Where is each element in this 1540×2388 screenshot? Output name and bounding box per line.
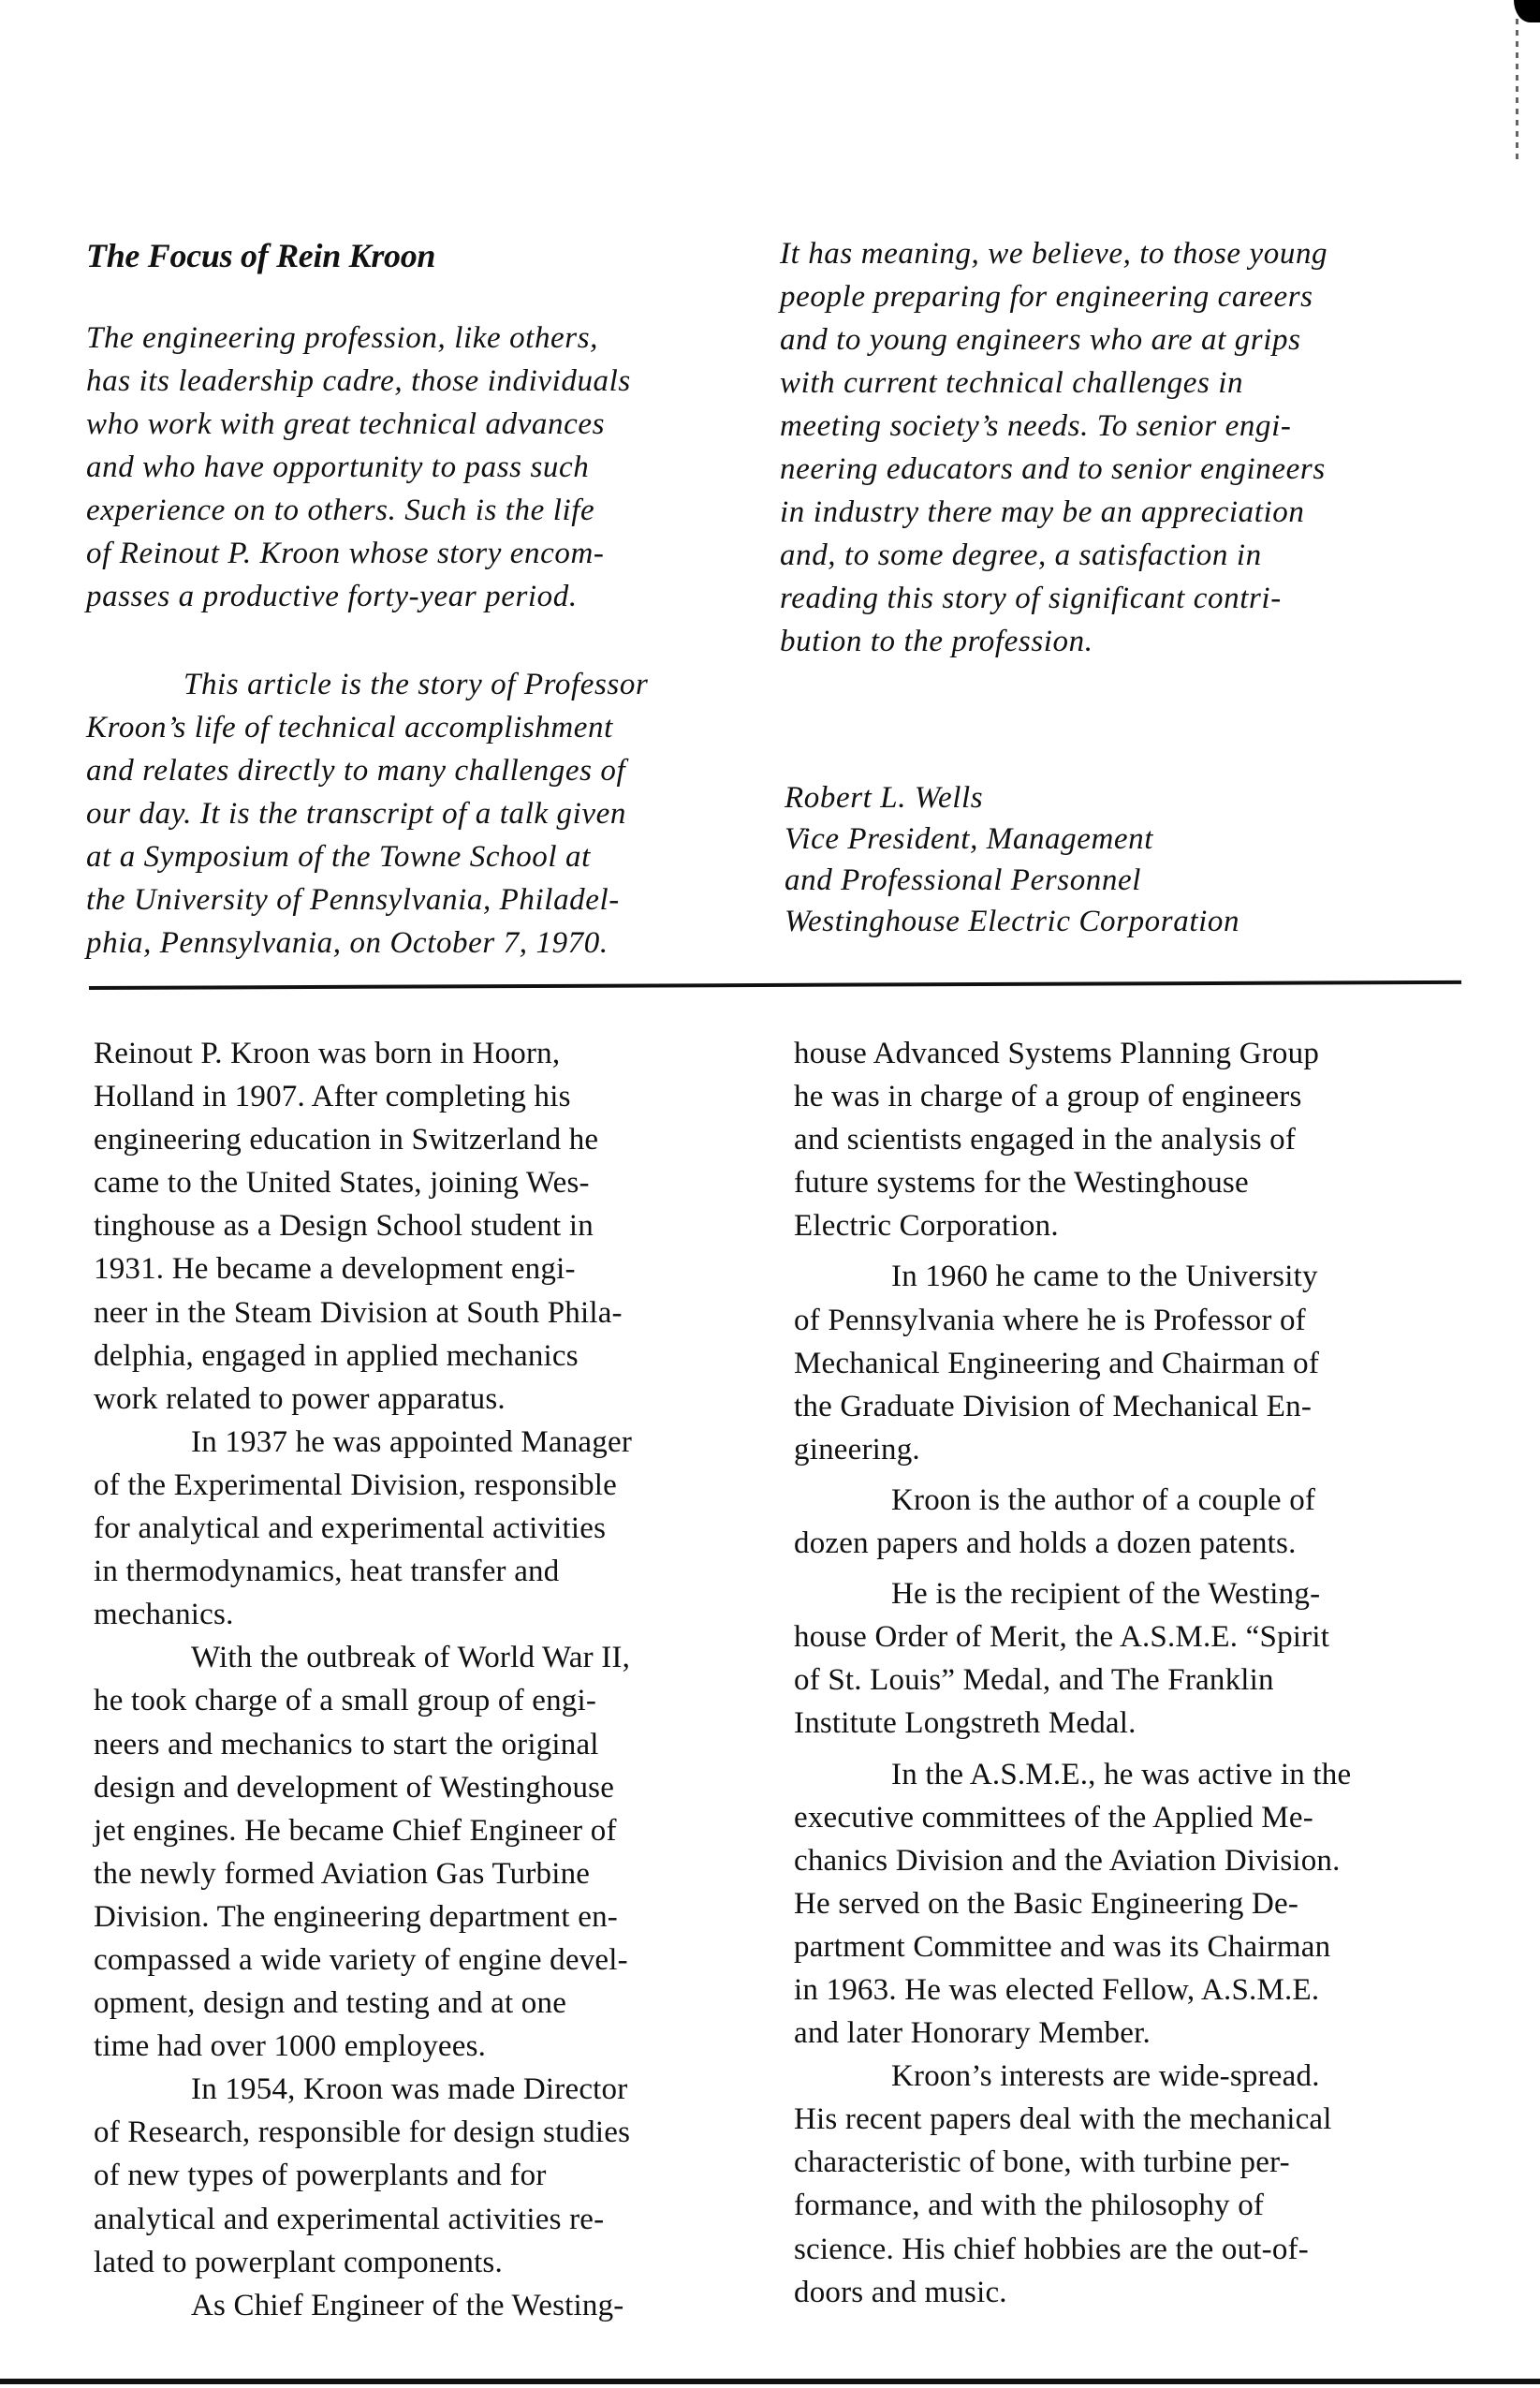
- body-paragraph: house Advanced Systems Planning Group he…: [794, 1032, 1487, 1247]
- scan-edge-streak: [1516, 19, 1518, 159]
- body-line: science. His chief hobbies are the out-o…: [794, 2228, 1487, 2271]
- body-line: partment Committee and was its Chairman: [794, 1925, 1487, 1968]
- body-line: Electric Corporation.: [794, 1204, 1487, 1247]
- body-line: In 1937 he was appointed Manager: [94, 1421, 777, 1464]
- body-paragraph: In 1960 he came to the University of Pen…: [794, 1255, 1487, 1470]
- body-line: characteristic of bone, with turbine per…: [794, 2141, 1487, 2184]
- body-line: In 1960 he came to the University: [794, 1255, 1487, 1298]
- body-line: in thermodynamics, heat transfer and: [94, 1550, 777, 1593]
- body-line: chanics Division and the Aviation Divisi…: [794, 1839, 1487, 1882]
- body-paragraph: In 1954, Kroon was made Director of Rese…: [94, 2068, 777, 2283]
- body-line: of new types of powerplants and for: [94, 2154, 777, 2197]
- body-line: compassed a wide variety of engine devel…: [94, 1938, 777, 1982]
- body-line: Reinout P. Kroon was born in Hoorn,: [94, 1032, 777, 1075]
- body-line: he was in charge of a group of engineers: [794, 1075, 1487, 1118]
- body-line: His recent papers deal with the mechanic…: [794, 2098, 1487, 2141]
- body-line: With the outbreak of World War II,: [94, 1636, 777, 1679]
- body-line: formance, and with the philosophy of: [794, 2184, 1487, 2227]
- body-line: He served on the Basic Engineering De-: [794, 1882, 1487, 1925]
- body-paragraph: As Chief Engineer of the Westing-: [94, 2284, 777, 2327]
- body-line: 1931. He became a development engi-: [94, 1247, 777, 1290]
- body-line: house Order of Merit, the A.S.M.E. “Spir…: [794, 1615, 1487, 1658]
- body-paragraph: Kroon’s interests are wide-spread. His r…: [794, 2055, 1487, 2314]
- body-line: neers and mechanics to start the origina…: [94, 1723, 777, 1766]
- intro-line: and, to some degree, a satisfaction in: [780, 534, 1473, 577]
- intro-line: people preparing for engineering careers: [780, 275, 1473, 318]
- body-line: Division. The engineering department en-: [94, 1895, 777, 1938]
- intro-line: with current technical challenges in: [780, 361, 1473, 405]
- body-line: house Advanced Systems Planning Group: [794, 1032, 1487, 1075]
- body-line: of Pennsylvania where he is Professor of: [794, 1299, 1487, 1342]
- intro-line: and who have opportunity to pass such: [86, 446, 760, 489]
- body-line: and later Honorary Member.: [794, 2012, 1487, 2055]
- body-line: in 1963. He was elected Fellow, A.S.M.E.: [794, 1968, 1487, 2012]
- body-line: In the A.S.M.E., he was active in the: [794, 1753, 1487, 1796]
- intro-line: our day. It is the transcript of a talk …: [86, 792, 760, 835]
- body-right-column: house Advanced Systems Planning Group he…: [794, 1032, 1487, 2314]
- intro-paragraph-1: The engineering profession, like others,…: [86, 317, 760, 618]
- intro-line: and to young engineers who are at grips: [780, 318, 1473, 361]
- intro-line: bution to the profession.: [780, 620, 1473, 663]
- intro-line: phia, Pennsylvania, on October 7, 1970.: [86, 921, 760, 965]
- article-title: The Focus of Rein Kroon: [86, 232, 760, 279]
- signature-organization: Westinghouse Electric Corporation: [785, 901, 1477, 942]
- intro-line: has its leadership cadre, those individu…: [86, 360, 760, 403]
- intro-line: meeting society’s needs. To senior engi-: [780, 405, 1473, 448]
- body-line: neer in the Steam Division at South Phil…: [94, 1291, 777, 1334]
- body-line: As Chief Engineer of the Westing-: [94, 2284, 777, 2327]
- body-paragraph: In the A.S.M.E., he was active in the ex…: [794, 1753, 1487, 2056]
- body-line: of St. Louis” Medal, and The Franklin: [794, 1658, 1487, 1702]
- body-line: of the Experimental Division, responsibl…: [94, 1464, 777, 1507]
- intro-paragraph-3: It has meaning, we believe, to those you…: [780, 232, 1473, 663]
- body-line: doors and music.: [794, 2271, 1487, 2314]
- body-line: and scientists engaged in the analysis o…: [794, 1118, 1487, 1161]
- body-paragraph: He is the recipient of the Westing- hous…: [794, 1572, 1487, 1745]
- intro-line: at a Symposium of the Towne School at: [86, 835, 760, 878]
- body-left-column: Reinout P. Kroon was born in Hoorn, Holl…: [94, 1032, 777, 2327]
- intro-right-column: It has meaning, we believe, to those you…: [780, 232, 1473, 663]
- intro-line: the University of Pennsylvania, Philadel…: [86, 878, 760, 921]
- page-bottom-edge: [0, 2379, 1540, 2384]
- body-line: came to the United States, joining Wes-: [94, 1161, 777, 1204]
- body-line: executive committees of the Applied Me-: [794, 1796, 1487, 1839]
- body-line: lated to powerplant components.: [94, 2241, 777, 2284]
- intro-paragraph-2: This article is the story of Professor K…: [86, 663, 760, 965]
- body-line: jet engines. He became Chief Engineer of: [94, 1809, 777, 1852]
- intro-line: It has meaning, we believe, to those you…: [780, 232, 1473, 275]
- intro-line: passes a productive forty-year period.: [86, 575, 760, 618]
- body-line: of Research, responsible for design stud…: [94, 2111, 777, 2154]
- signature-title: Vice President, Management: [785, 818, 1477, 860]
- signature-name: Robert L. Wells: [785, 777, 1477, 818]
- body-line: Kroon’s interests are wide-spread.: [794, 2055, 1487, 2098]
- intro-line: Kroon’s life of technical accomplishment: [86, 706, 760, 749]
- intro-line: neering educators and to senior engineer…: [780, 448, 1473, 491]
- body-paragraph: In 1937 he was appointed Manager of the …: [94, 1421, 777, 1636]
- body-line: mechanics.: [94, 1593, 777, 1636]
- body-line: Holland in 1907. After completing his: [94, 1075, 777, 1118]
- body-line: He is the recipient of the Westing-: [794, 1572, 1487, 1615]
- section-divider: [89, 980, 1461, 990]
- intro-line: and relates directly to many challenges …: [86, 749, 760, 792]
- body-line: tinghouse as a Design School student in: [94, 1204, 777, 1247]
- body-line: Mechanical Engineering and Chairman of: [794, 1342, 1487, 1385]
- signature-block: Robert L. Wells Vice President, Manageme…: [785, 777, 1477, 942]
- body-paragraph: With the outbreak of World War II, he to…: [94, 1636, 777, 2068]
- body-line: he took charge of a small group of engi-: [94, 1679, 777, 1722]
- body-line: opment, design and testing and at one: [94, 1982, 777, 2025]
- body-line: the newly formed Aviation Gas Turbine: [94, 1852, 777, 1895]
- body-line: the Graduate Division of Mechanical En-: [794, 1385, 1487, 1428]
- body-line: engineering education in Switzerland he: [94, 1118, 777, 1161]
- intro-line: reading this story of significant contri…: [780, 577, 1473, 620]
- body-line: future systems for the Westinghouse: [794, 1161, 1487, 1204]
- body-line: for analytical and experimental activiti…: [94, 1507, 777, 1550]
- intro-line: in industry there may be an appreciation: [780, 491, 1473, 534]
- body-line: time had over 1000 employees.: [94, 2025, 777, 2068]
- document-page: The Focus of Rein Kroon The engineering …: [0, 0, 1540, 2388]
- body-line: Kroon is the author of a couple of: [794, 1479, 1487, 1522]
- body-line: work related to power apparatus.: [94, 1378, 777, 1421]
- body-line: analytical and experimental activities r…: [94, 2198, 777, 2241]
- body-paragraph: Kroon is the author of a couple of dozen…: [794, 1479, 1487, 1565]
- intro-line: who work with great technical advances: [86, 403, 760, 446]
- intro-line: of Reinout P. Kroon whose story encom-: [86, 532, 760, 575]
- body-paragraph: Reinout P. Kroon was born in Hoorn, Holl…: [94, 1032, 777, 1421]
- body-line: dozen papers and holds a dozen patents.: [794, 1522, 1487, 1565]
- intro-line: The engineering profession, like others,: [86, 317, 760, 360]
- body-line: Institute Longstreth Medal.: [794, 1702, 1487, 1745]
- body-line: gineering.: [794, 1428, 1487, 1471]
- intro-left-column: The Focus of Rein Kroon The engineering …: [86, 232, 760, 965]
- intro-line: experience on to others. Such is the lif…: [86, 489, 760, 532]
- intro-line: This article is the story of Professor: [86, 663, 760, 706]
- body-line: design and development of Westinghouse: [94, 1766, 777, 1809]
- body-line: delphia, engaged in applied mechanics: [94, 1334, 777, 1378]
- signature-title: and Professional Personnel: [785, 860, 1477, 901]
- body-line: In 1954, Kroon was made Director: [94, 2068, 777, 2111]
